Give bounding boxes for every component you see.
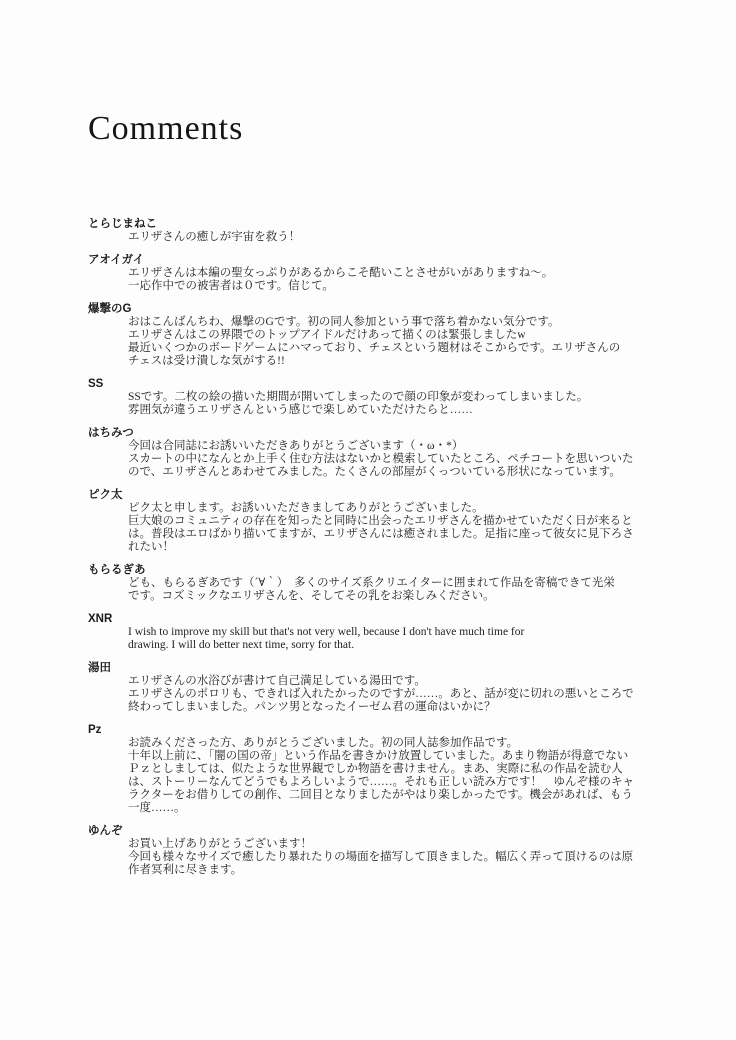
comment-line: ので、エリザさんとあわせてみました。たくさんの部屋がくっついている形状になってい…: [128, 466, 654, 479]
commenter-name: Pz: [88, 724, 654, 737]
page-title: Comments: [88, 110, 243, 148]
comment-section: 湯田エリザさんの水浴びが書けて自己満足している湯田です。エリザさんのポロリも、で…: [88, 662, 654, 714]
comment-line: お読みくださった方、ありがとうございました。初の同人誌参加作品です。: [128, 737, 654, 750]
comment-line: エリザさんはこの界隈でのトップアイドルだけあって描くのは緊張しましたw: [128, 329, 654, 342]
commenter-name: 爆撃のG: [88, 303, 654, 316]
comment-line: お買い上げありがとうございます！: [128, 838, 654, 851]
comment-line: は。普段はエロばかり描いてますが、エリザさんには癒されました。足指に座って彼女に…: [128, 528, 654, 541]
comment-line: 十年以上前に、「闇の国の帝」という作品を書きかけ放置していました。あまり物語が得…: [128, 750, 654, 763]
commenter-name: もらるぎあ: [88, 564, 654, 577]
comment-text: ピク太と申します。お誘いいただきましてありがとうございました。巨大娘のコミュニテ…: [128, 502, 654, 554]
comment-text: エリザさんの癒しが宇宙を救う！: [128, 231, 654, 244]
comment-section: XNRI wish to improve my skill but that's…: [88, 613, 654, 652]
comment-line: Ｐｚとしましては、似たような世界観でしか物語を書けません。まあ、実際に私の作品を…: [128, 763, 654, 776]
comment-line: 雰囲気が違うエリザさんという感じで楽しめていただけたらと……: [128, 404, 654, 417]
comment-line: エリザさんの水浴びが書けて自己満足している湯田です。: [128, 675, 654, 688]
comment-line: 今回も様々なサイズで癒したり暴れたりの場面を描写して頂きました。幅広く弄って頂け…: [128, 851, 654, 864]
comment-line: 作者冥利に尽きます。: [128, 864, 654, 877]
comment-section: SSSSです。二枚の絵の描いた期間が開いてしまったので顔の印象が変わってしまいま…: [88, 378, 654, 417]
comment-line: は、ストーリーなんてどうでもよろしいようで……。それも正しい読み方です！ ゆんぞ…: [128, 776, 654, 789]
comment-text: SSです。二枚の絵の描いた期間が開いてしまったので顔の印象が変わってしまいました…: [128, 391, 654, 417]
comment-section: もらるぎあども、もらるぎあです（´∀｀） 多くのサイズ系クリエイターに囲まれて作…: [88, 564, 654, 603]
comment-section: 爆撃のGおはこんばんちわ、爆撃のGです。初の同人参加という事で落ち着かない気分で…: [88, 303, 654, 368]
comment-section: ゆんぞお買い上げありがとうございます！今回も様々なサイズで癒したり暴れたりの場面…: [88, 825, 654, 877]
comment-section: ピク太ピク太と申します。お誘いいただきましてありがとうございました。巨大娘のコミ…: [88, 489, 654, 554]
comments-list: とらじまねこエリザさんの癒しが宇宙を救う！アオイガイエリザさんは本編の聖女っぷり…: [88, 218, 654, 887]
comment-text: ども、もらるぎあです（´∀｀） 多くのサイズ系クリエイターに囲まれて作品を寄稿で…: [128, 577, 654, 603]
commenter-name: ピク太: [88, 489, 654, 502]
comment-section: はちみつ今回は合同誌にお誘いいただきありがとうございます（・ω・*）スカートの中…: [88, 427, 654, 479]
comment-line: ピク太と申します。お誘いいただきましてありがとうございました。: [128, 502, 654, 515]
comment-section: アオイガイエリザさんは本編の聖女っぷりがあるからこそ酷いことさせがいがありますね…: [88, 254, 654, 293]
comment-line: ども、もらるぎあです（´∀｀） 多くのサイズ系クリエイターに囲まれて作品を寄稿で…: [128, 577, 654, 590]
comment-line: 巨大娘のコミュニティの存在を知ったと同時に出会ったエリザさんを描かせていただく日…: [128, 515, 654, 528]
comment-text: 今回は合同誌にお誘いいただきありがとうございます（・ω・*）スカートの中になんと…: [128, 440, 654, 479]
comment-text: おはこんばんちわ、爆撃のGです。初の同人参加という事で落ち着かない気分です。エリ…: [128, 316, 654, 368]
comment-line: スカートの中になんとか上手く住む方法はないかと模索していたところ、ペチコートを思…: [128, 453, 654, 466]
comment-line: れたい！: [128, 541, 654, 554]
comment-line: ラクターをお借りしての創作、二回目となりましたがやはり楽しかったです。機会があれ…: [128, 789, 654, 802]
commenter-name: とらじまねこ: [88, 218, 654, 231]
comment-line: SSです。二枚の絵の描いた期間が開いてしまったので顔の印象が変わってしまいました…: [128, 391, 654, 404]
comment-line: おはこんばんちわ、爆撃のGです。初の同人参加という事で落ち着かない気分です。: [128, 316, 654, 329]
comment-section: Pzお読みくださった方、ありがとうございました。初の同人誌参加作品です。十年以上…: [88, 724, 654, 815]
comment-text: お読みくださった方、ありがとうございました。初の同人誌参加作品です。十年以上前に…: [128, 737, 654, 815]
comment-line: 終わってしまいました。パンツ男となったイーゼム君の運命はいかに？: [128, 701, 654, 714]
comment-line: 一度……。: [128, 802, 654, 815]
comment-line: エリザさんは本編の聖女っぷりがあるからこそ酷いことさせがいがありますね～。: [128, 267, 654, 280]
comment-section: とらじまねこエリザさんの癒しが宇宙を救う！: [88, 218, 654, 244]
commenter-name: アオイガイ: [88, 254, 654, 267]
commenter-name: XNR: [88, 613, 654, 626]
commenter-name: 湯田: [88, 662, 654, 675]
commenter-name: ゆんぞ: [88, 825, 654, 838]
comment-line: チェスは受け潰しな気がする!!: [128, 355, 654, 368]
comment-line: 今回は合同誌にお誘いいただきありがとうございます（・ω・*）: [128, 440, 654, 453]
commenter-name: SS: [88, 378, 654, 391]
comment-line: エリザさんの癒しが宇宙を救う！: [128, 231, 654, 244]
comment-line: 最近いくつかのボードゲームにハマっており、チェスという題材はそこからです。エリザ…: [128, 342, 654, 355]
comment-text: お買い上げありがとうございます！今回も様々なサイズで癒したり暴れたりの場面を描写…: [128, 838, 654, 877]
comment-text: エリザさんは本編の聖女っぷりがあるからこそ酷いことさせがいがありますね～。一応作…: [128, 267, 654, 293]
comments-page: Comments とらじまねこエリザさんの癒しが宇宙を救う！アオイガイエリザさん…: [0, 0, 736, 1040]
comment-line: です。コズミックなエリザさんを、そしてその乳をお楽しみください。: [128, 590, 654, 603]
commenter-name: はちみつ: [88, 427, 654, 440]
comment-line: エリザさんのポロリも、できれば入れたかったのですが……。あと、話が変に切れの悪い…: [128, 688, 654, 701]
comment-line: 一応作中での被害者は０です。信じて。: [128, 280, 654, 293]
comment-text: I wish to improve my skill but that's no…: [128, 626, 654, 652]
comment-line: drawing. I will do better next time, sor…: [128, 639, 654, 652]
comment-line: I wish to improve my skill but that's no…: [128, 626, 654, 639]
comment-text: エリザさんの水浴びが書けて自己満足している湯田です。エリザさんのポロリも、できれ…: [128, 675, 654, 714]
